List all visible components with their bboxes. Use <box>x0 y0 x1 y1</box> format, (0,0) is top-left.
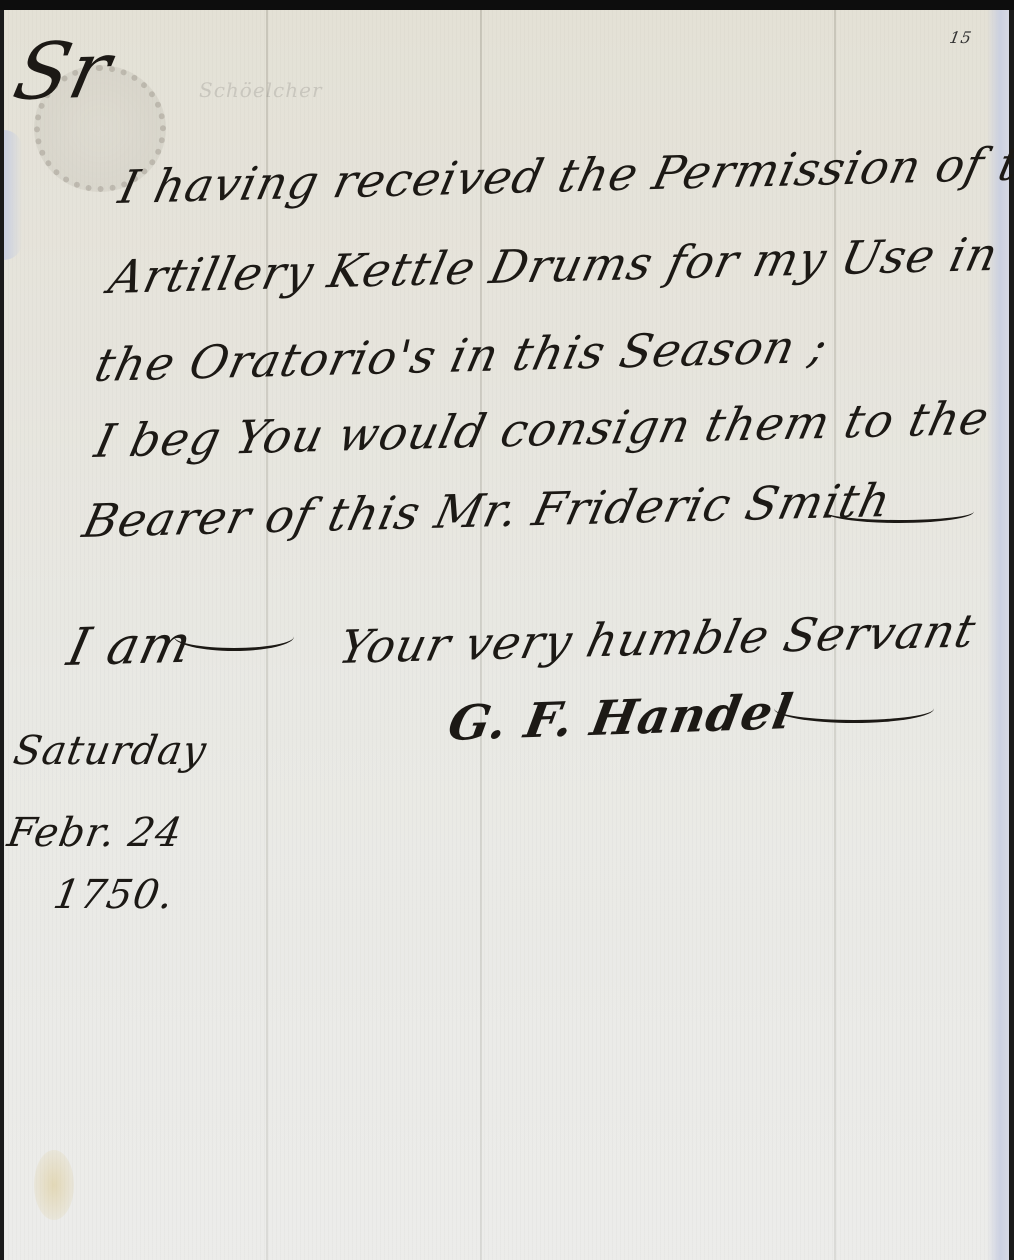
archival-note: Schöelcher <box>199 78 323 102</box>
signature: G. F. Handel <box>444 684 797 752</box>
closing-i-am: I am <box>62 615 198 678</box>
flourish-line <box>824 500 974 523</box>
paper-stain <box>34 1150 74 1220</box>
scan-border <box>0 0 1014 10</box>
body-line-1: I having received the Permission of the <box>114 135 1014 214</box>
flourish-line <box>174 622 294 651</box>
paper-edge-right <box>987 10 1009 1260</box>
paper-edge-left <box>4 130 22 260</box>
signature-flourish <box>774 694 934 723</box>
closing-servant: Your very humble Servant <box>334 603 981 674</box>
body-line-3: the Oratorio's in this Season ; <box>90 319 833 392</box>
date-year: 1750. <box>50 872 178 918</box>
letter-page: 15 Sr Schöelcher I having received the P… <box>4 10 1009 1260</box>
date-month-day: Febr. 24 <box>4 810 186 856</box>
body-line-5: Bearer of this Mr. Frideric Smith <box>78 473 896 548</box>
body-line-2: Artillery Kettle Drums for my Use in <box>104 227 1003 304</box>
date-day: Saturday <box>10 728 210 774</box>
page-number: 15 <box>948 28 974 47</box>
body-line-4: I beg You would consign them to the <box>90 391 995 468</box>
